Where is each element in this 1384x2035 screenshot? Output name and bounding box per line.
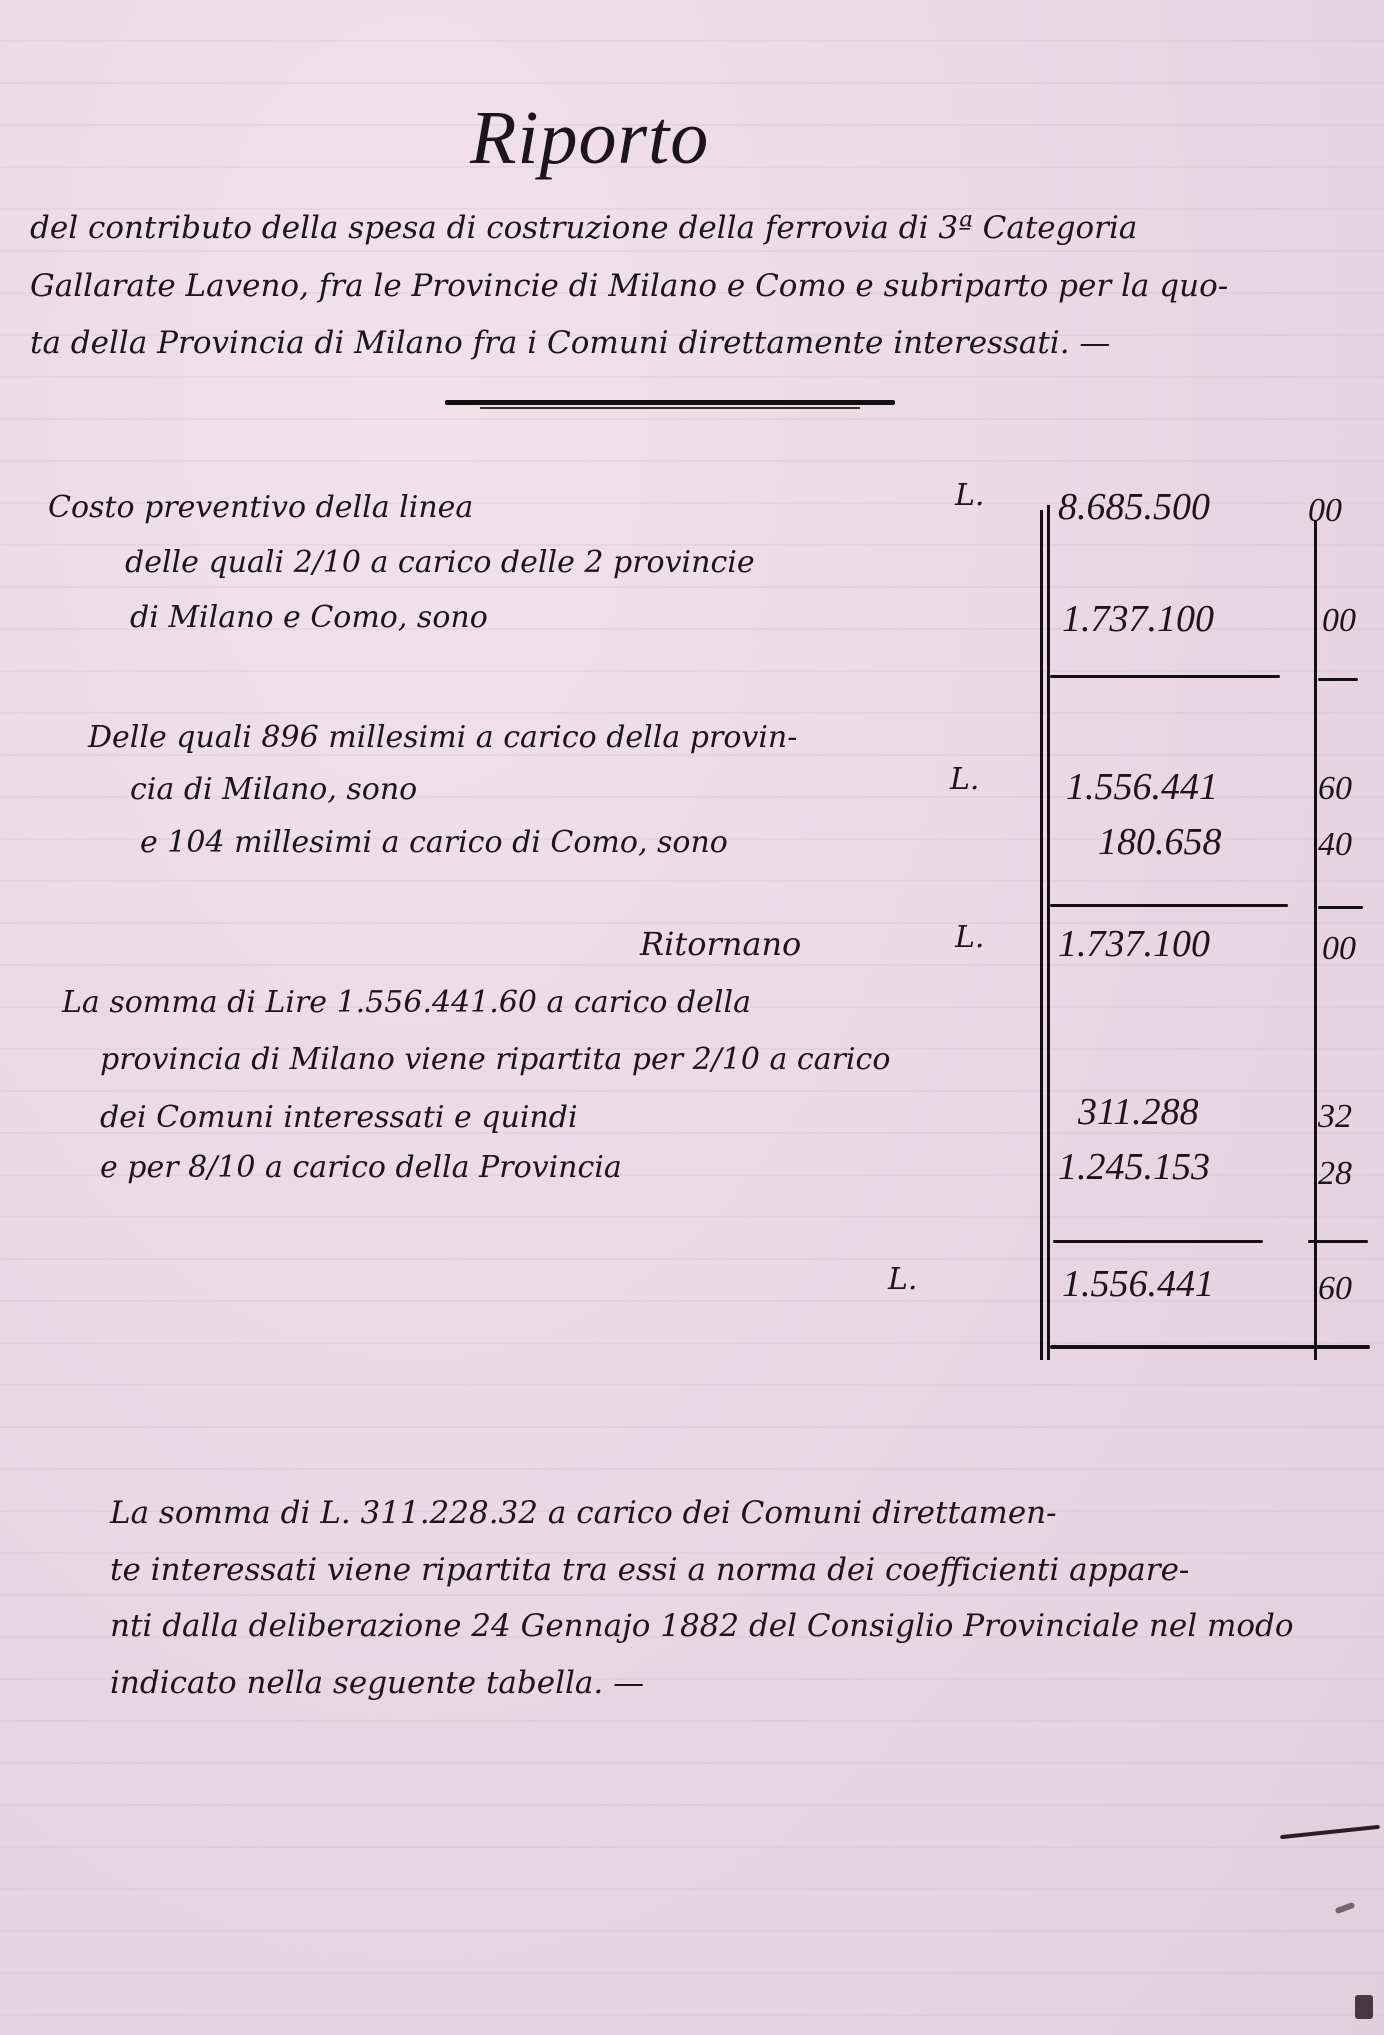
ledger-row-6-text: e 104 millesimi a carico di Como, sono <box>140 825 728 860</box>
title-divider <box>445 400 895 405</box>
ledger-row-10-text: dei Comuni interessati e quindi <box>100 1100 578 1135</box>
closing-line-2: te interessati viene ripartita tra essi … <box>110 1552 1189 1588</box>
separator-3 <box>1053 1240 1263 1243</box>
intro-line-3: ta della Provincia di Milano fra i Comun… <box>30 325 1110 361</box>
ledger-row-6-amount: 180.658 <box>1098 820 1222 864</box>
ledger-row-3-text: di Milano e Como, sono <box>130 600 488 635</box>
closing-line-1: La somma di L. 311.228.32 a carico dei C… <box>110 1495 1057 1531</box>
title-divider-underline <box>480 407 860 409</box>
ledger-row-11-text: e per 8/10 a carico della Provincia <box>100 1150 622 1185</box>
ledger-row-6-cents: 40 <box>1318 826 1352 864</box>
ledger-row-3-cents: 00 <box>1322 602 1356 640</box>
separator-1 <box>1050 675 1280 678</box>
ledger-row-11-cents: 28 <box>1318 1155 1352 1193</box>
ledger-total-cents: 60 <box>1318 1270 1352 1308</box>
separator-3-cents <box>1308 1240 1368 1243</box>
ledger-left-border-inner <box>1047 505 1050 1360</box>
separator-2-cents <box>1318 906 1363 909</box>
ledger-row-5-currency: L. <box>950 762 979 797</box>
ledger-row-5-cents: 60 <box>1318 770 1352 808</box>
intro-line-1: del contributo della spesa di costruzion… <box>30 210 1137 246</box>
closing-line-4: indicato nella seguente tabella. — <box>110 1665 644 1701</box>
ledger-row-10-amount: 311.288 <box>1078 1090 1199 1134</box>
separator-1-cents <box>1318 678 1358 681</box>
ledger-total-currency: L. <box>888 1262 917 1297</box>
ledger-total-amount: 1.556.441 <box>1062 1262 1214 1306</box>
ledger-row-9-text: provincia di Milano viene ripartita per … <box>100 1042 890 1077</box>
ledger-row-1-currency: L. <box>955 478 984 513</box>
ink-mark <box>1335 1902 1356 1914</box>
intro-line-2: Gallarate Laveno, fra le Provincie di Mi… <box>30 268 1228 304</box>
ledger-cents-divider <box>1314 520 1317 1360</box>
ledger-row-5-amount: 1.556.441 <box>1066 765 1218 809</box>
ledger-row-2-text: delle quali 2/10 a carico delle 2 provin… <box>125 545 755 580</box>
ledger-row-1-cents: 00 <box>1308 492 1342 530</box>
closing-line-3: nti dalla deliberazione 24 Gennajo 1882 … <box>110 1608 1294 1644</box>
ledger-row-1-amount: 8.685.500 <box>1058 485 1210 529</box>
ledger-bottom-border <box>1050 1345 1370 1349</box>
ink-mark <box>1355 1995 1373 2019</box>
ledger-left-border-outer <box>1040 510 1043 1360</box>
ledger-row-4-text: Delle quali 896 millesimi a carico della… <box>88 720 797 755</box>
ledger-row-11-amount: 1.245.153 <box>1058 1145 1210 1189</box>
ledger-row-5-text: cia di Milano, sono <box>130 772 417 807</box>
ink-mark <box>1280 1825 1380 1839</box>
ledger-row-7-cents: 00 <box>1322 930 1356 968</box>
separator-2 <box>1050 904 1288 907</box>
ledger-row-10-cents: 32 <box>1318 1098 1352 1136</box>
ledger-row-8-text: La somma di Lire 1.556.441.60 a carico d… <box>62 985 751 1020</box>
ledger-row-1-text: Costo preventivo della linea <box>48 490 473 525</box>
ledger-row-3-amount: 1.737.100 <box>1062 597 1214 641</box>
document-title: Riporto <box>470 95 709 182</box>
ledger-row-7-currency: L. <box>955 920 984 955</box>
ledger-row-7-amount: 1.737.100 <box>1058 922 1210 966</box>
ledger-row-7-text: Ritornano <box>640 925 801 963</box>
